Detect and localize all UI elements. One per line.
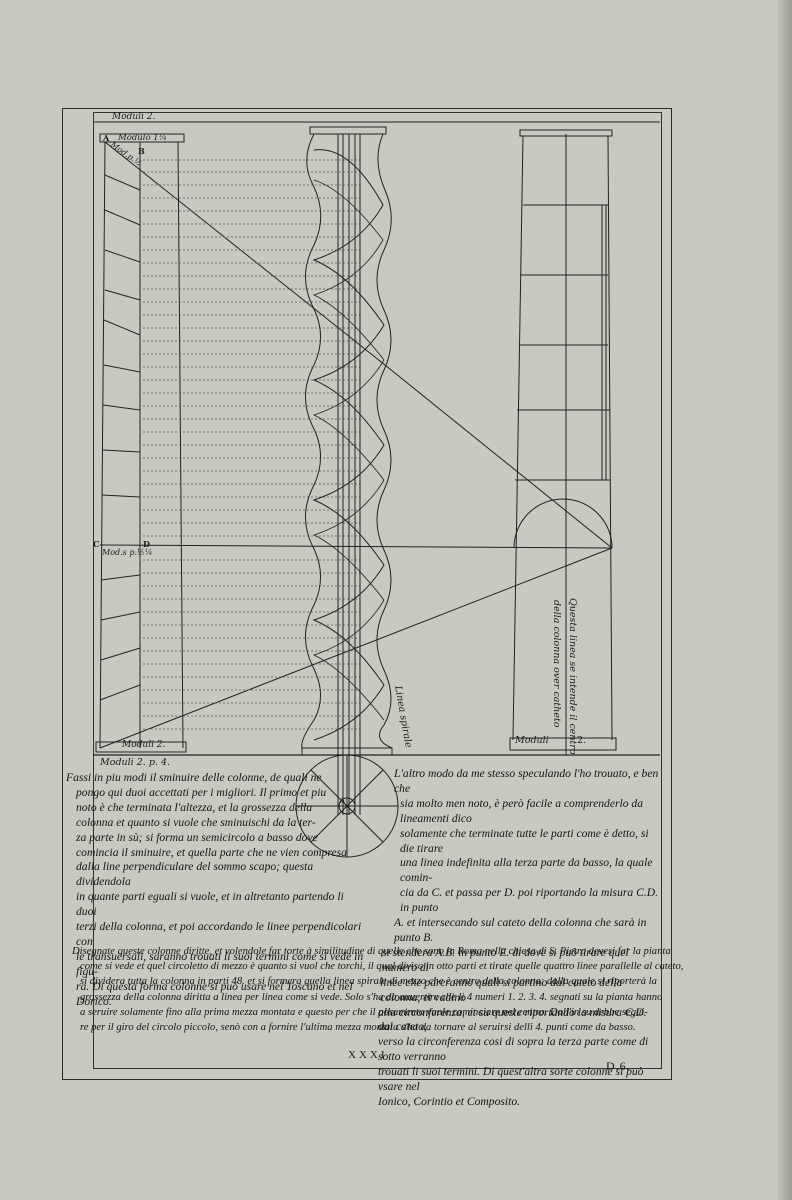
right-column-construction bbox=[385, 130, 616, 755]
label-moduli-base-left: Moduli 2. bbox=[122, 740, 165, 750]
label-point-b: B bbox=[138, 146, 145, 156]
text-line: si dividera tutta la colonna in parti 48… bbox=[72, 974, 662, 989]
text-line: una linea indefinita alla terza parte da… bbox=[394, 856, 662, 886]
plate-number: XXXI bbox=[348, 1049, 388, 1061]
text-line: A. et intersecando sul cateto della colo… bbox=[394, 916, 662, 946]
text-line: L'altro modo da me stesso speculando l'h… bbox=[394, 767, 662, 797]
text-line: Fassi in piu modi il sminuire delle colo… bbox=[66, 771, 366, 786]
label-moduli-bottom: Moduli 2. p. 4. bbox=[100, 757, 170, 768]
bottom-paragraph: Disegnate queste colonne diritte, et vol… bbox=[72, 944, 662, 1035]
horizontal-division-lines bbox=[143, 160, 360, 729]
text-line: in quante parti eguali si vuole, et in a… bbox=[66, 890, 366, 920]
label-moduli-right-value: 2. bbox=[577, 735, 586, 746]
label-modulo-1-4: Modulo 1¼ bbox=[118, 133, 167, 143]
label-cateto-note-2: della colonna over catheto bbox=[551, 600, 562, 728]
text-line: za parte in sù; si forma un semicircolo … bbox=[66, 831, 366, 846]
text-line: come si vede et quel circoletto di mezzo… bbox=[72, 959, 662, 974]
text-line: comincia il sminuire, et quella parte ch… bbox=[66, 846, 366, 861]
text-line: noto è che terminata l'altezza, et la gr… bbox=[66, 801, 366, 816]
text-line: a seruire solamente fino alla prima mezz… bbox=[72, 1005, 662, 1020]
text-line: re per il giro del circolo piccolo, senò… bbox=[72, 1020, 662, 1035]
label-moduli-right: Moduli bbox=[515, 735, 549, 746]
text-line: Disegnate queste colonne diritte, et vol… bbox=[72, 944, 662, 959]
signature-mark: D.6. bbox=[606, 1059, 631, 1074]
text-line: solamente che terminate tutte le parti c… bbox=[394, 827, 662, 857]
label-point-a: A bbox=[103, 133, 109, 143]
left-column-construction bbox=[96, 134, 612, 752]
text-line: cia da C. et passa per D. poi riportando… bbox=[394, 886, 662, 916]
text-line: grossezza della colonna diritta a linea … bbox=[72, 990, 662, 1005]
label-mod-c: Mod.s p.½¼ bbox=[102, 548, 153, 557]
label-moduli-top: Moduli 2. bbox=[112, 112, 155, 122]
label-point-c: C bbox=[93, 539, 99, 549]
text-line: Ionico, Corintio et Composito. bbox=[378, 1095, 662, 1110]
text-line: pongo qui duoi accettati per i migliori.… bbox=[66, 786, 366, 801]
text-line: dalla line perpendiculare del sommo scap… bbox=[66, 860, 366, 890]
text-line: sia molto men noto, è però facile a comp… bbox=[394, 797, 662, 827]
label-cateto-note-1: Questa linea se intende il centro bbox=[567, 598, 578, 755]
text-line: colonna et quanto si vuole che sminuisch… bbox=[66, 816, 366, 831]
